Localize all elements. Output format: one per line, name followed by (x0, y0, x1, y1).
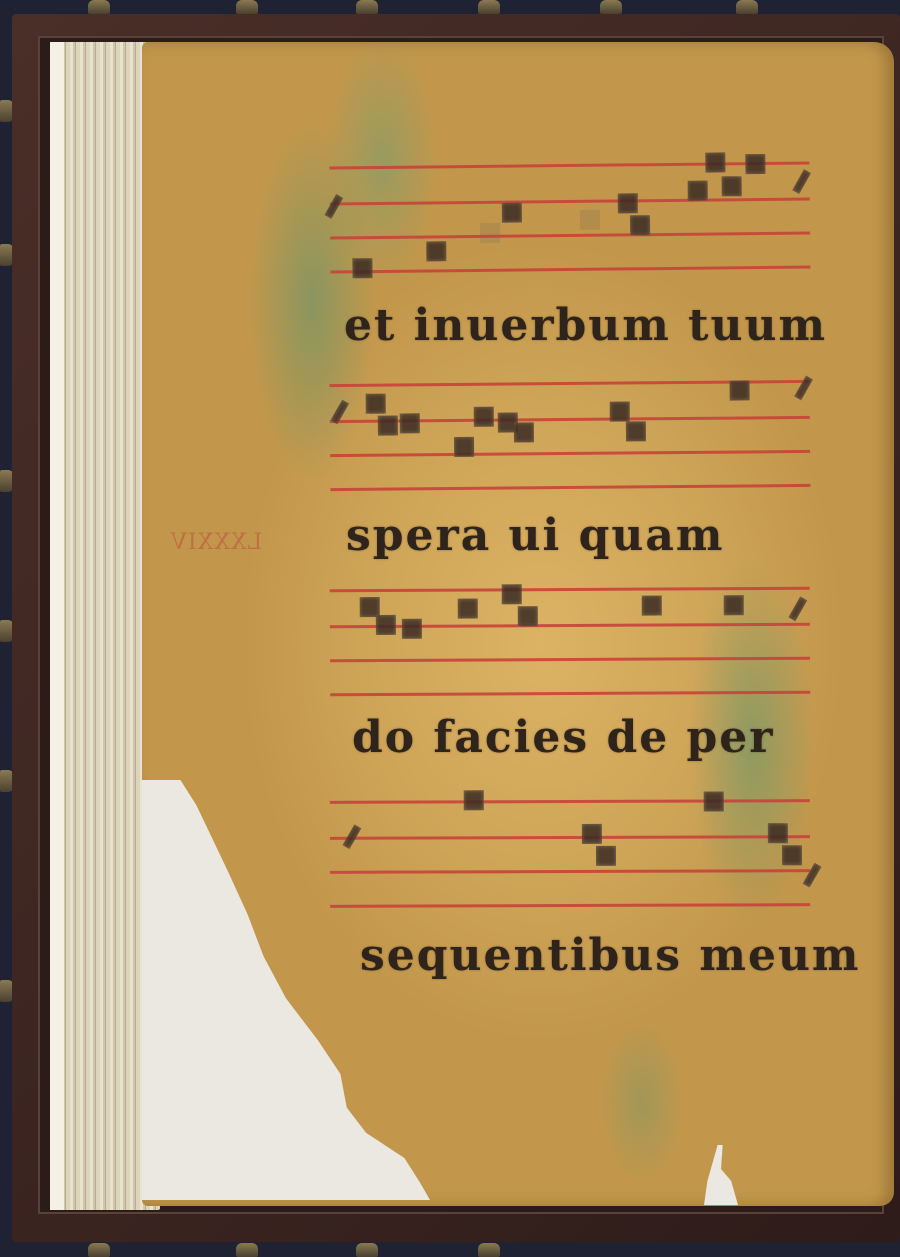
chant-text-block: et inuerbum tuum spera ui quam (330, 150, 810, 1010)
bleedthrough-neume (480, 223, 500, 243)
binding-stud (356, 0, 378, 14)
neume-icon (464, 790, 484, 810)
binding-stud (478, 0, 500, 14)
neume-icon (352, 258, 372, 278)
neume-icon (724, 595, 744, 615)
neume-icon (376, 615, 396, 635)
music-staff-4 (330, 799, 810, 916)
neume-icon (514, 422, 534, 442)
neume-icon (458, 598, 478, 618)
neume-icon (596, 846, 616, 866)
lyric-line-2: spera ui quam (346, 510, 724, 561)
music-staff-3 (330, 587, 811, 705)
neume-icon (626, 421, 646, 441)
music-staff-1 (329, 161, 810, 281)
binding-stud (236, 1243, 258, 1257)
neume-icon (610, 401, 630, 421)
neume-icon (582, 824, 602, 844)
binding-stud (478, 1243, 500, 1257)
neume-icon (400, 413, 420, 433)
binding-stud (88, 0, 110, 14)
bleedthrough-neume (580, 210, 600, 230)
binding-stud (236, 0, 258, 14)
neume-icon (705, 152, 725, 172)
neume-icon (768, 823, 788, 843)
music-staff-2 (330, 380, 811, 499)
lyric-line-1: et inuerbum tuum (344, 300, 827, 351)
neume-icon (642, 596, 662, 616)
neume-icon (518, 606, 538, 626)
neume-icon (704, 791, 724, 811)
neume-icon (402, 619, 422, 639)
lyric-line-4: sequentibus meum (360, 930, 861, 981)
binding-stud (356, 1243, 378, 1257)
custos-icon (792, 169, 811, 194)
neume-icon (729, 380, 749, 400)
neume-icon (782, 845, 802, 865)
neume-icon (366, 394, 386, 414)
neume-icon (722, 176, 742, 196)
neume-icon (426, 241, 446, 261)
neume-icon (378, 416, 398, 436)
binding-stud (600, 0, 622, 14)
binding-stud (736, 0, 758, 14)
neume-icon (745, 154, 765, 174)
neume-icon (502, 584, 522, 604)
neume-icon (688, 181, 708, 201)
binding-stud (88, 1243, 110, 1257)
neume-icon (474, 407, 494, 427)
neume-icon (502, 203, 522, 223)
neume-icon (454, 437, 474, 457)
folio-number: LXXXIV (170, 530, 262, 555)
custos-icon (788, 596, 807, 621)
lyric-line-3: do facies de per (352, 712, 774, 763)
neume-icon (618, 193, 638, 213)
neume-icon (630, 215, 650, 235)
